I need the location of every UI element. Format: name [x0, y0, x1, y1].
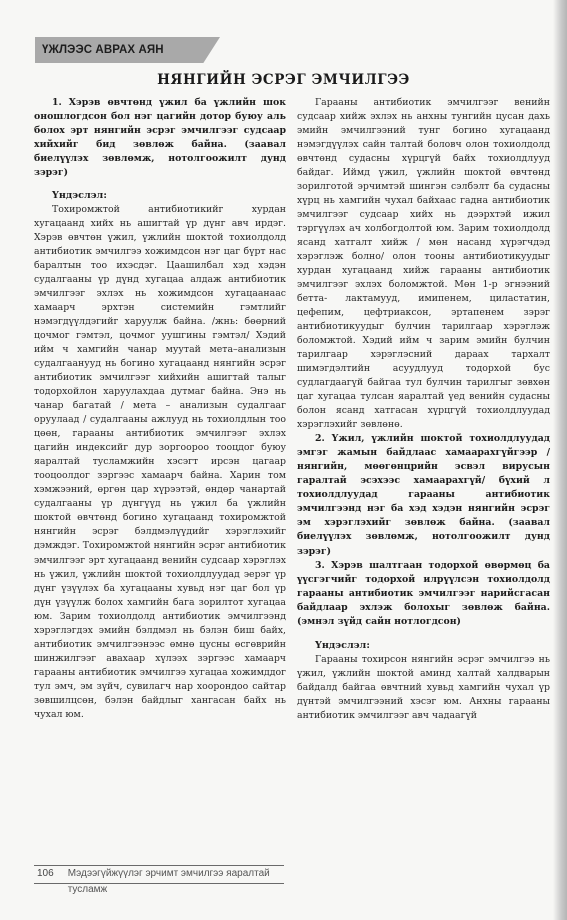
- scan-edge-shadow: [553, 0, 567, 920]
- page-title: НЯНГИЙН ЭСРЭГ ЭМЧИЛГЭЭ: [0, 72, 567, 88]
- paragraph-iv-access: Гарааны антибиотик эмчилгээг венийн судс…: [297, 96, 550, 432]
- recommendation-3: 3. Хэрэв шалтгаан тодорхой өвөрмөц ба үү…: [297, 559, 550, 629]
- left-column: 1. Хэрэв өвчтөнд үжил ба үжлийн шок онош…: [34, 96, 286, 722]
- rationale-heading: Үндэслэл:: [34, 189, 286, 203]
- page-number: 106: [34, 866, 54, 883]
- rationale-text-2: Гарааны тохирсон нянгийн эсрэг эмчилгээ …: [297, 653, 550, 723]
- recommendation-2: 2. Үжил, үжлийн шоктой тохиолдлуудад эмг…: [297, 432, 550, 558]
- page-footer: 106 Мэдээгүйжүүлэг эрчимт эмчилгээ яарал…: [34, 865, 284, 884]
- recommendation-1: 1. Хэрэв өвчтөнд үжил ба үжлийн шок онош…: [34, 96, 286, 180]
- rationale-text: Тохиромжтой антибиотикийг хурдан хугацаа…: [34, 203, 286, 722]
- rationale-heading-2: Үндэслэл:: [297, 639, 550, 653]
- right-column: Гарааны антибиотик эмчилгээг венийн судс…: [297, 96, 550, 723]
- book-title: Мэдээгүйжүүлэг эрчимт эмчилгээ яаралтай …: [68, 866, 284, 883]
- section-banner: ҮЖЛЭЭС АВРАХ АЯН: [35, 37, 220, 63]
